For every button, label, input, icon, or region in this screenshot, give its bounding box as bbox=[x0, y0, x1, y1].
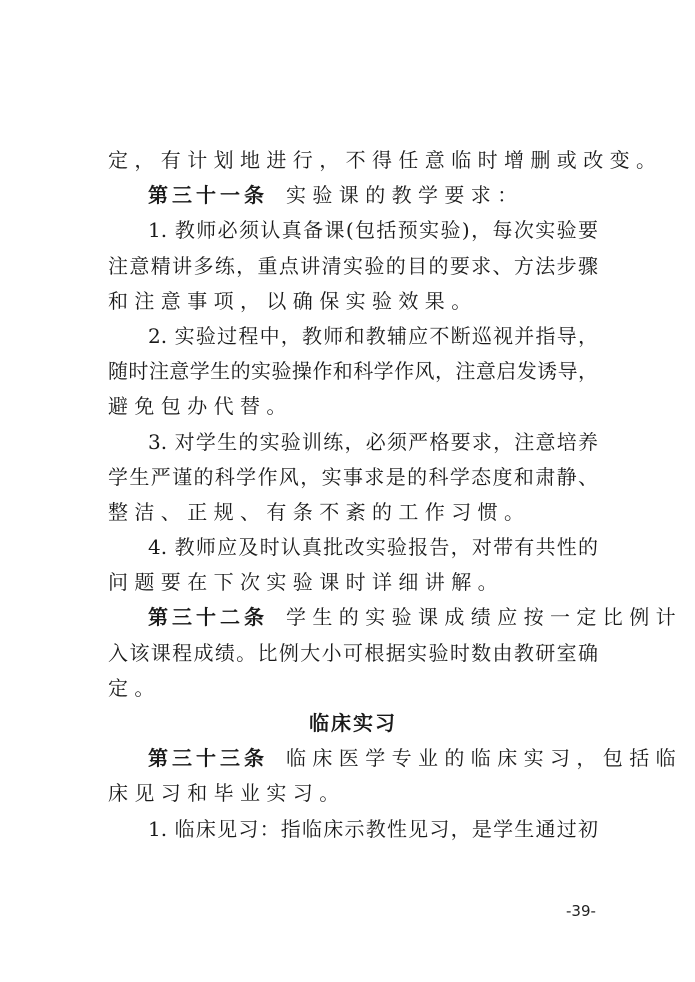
article-text: 临床医学专业的临床实习，包括临 bbox=[286, 746, 682, 770]
paragraph-line: 定。 bbox=[108, 671, 598, 706]
article-31: 第三十一条实验课的教学要求： bbox=[108, 178, 598, 213]
list-item-1: 1. 临床见习：指临床示教性见习，是学生通过初 bbox=[108, 812, 598, 847]
paragraph-line: 入该课程成绩。比例大小可根据实验时数由教研室确 bbox=[108, 636, 598, 671]
article-text: 实验课的教学要求： bbox=[286, 183, 524, 207]
section-heading: 临床实习 bbox=[108, 706, 598, 741]
paragraph-line: 和注意事项，以确保实验效果。 bbox=[108, 284, 598, 319]
paragraph-line: 学生严谨的科学作风，实事求是的科学态度和肃静、 bbox=[108, 460, 598, 495]
paragraph-line: 床见习和毕业实习。 bbox=[108, 776, 598, 811]
list-item-3: 3. 对学生的实验训练，必须严格要求，注意培养 bbox=[108, 425, 598, 460]
paragraph-line: 问题要在下次实验课时详细讲解。 bbox=[108, 565, 598, 600]
list-item-2: 2. 实验过程中，教师和教辅应不断巡视并指导， bbox=[108, 319, 598, 354]
article-33: 第三十三条临床医学专业的临床实习，包括临 bbox=[108, 741, 598, 776]
article-32: 第三十二条学生的实验课成绩应按一定比例计 bbox=[108, 600, 598, 635]
paragraph-line: 整洁、正规、有条不紊的工作习惯。 bbox=[108, 495, 598, 530]
paragraph-line: 定，有计划地进行，不得任意临时增删或改变。 bbox=[108, 143, 598, 178]
article-text: 学生的实验课成绩应按一定比例计 bbox=[286, 605, 682, 629]
paragraph-line: 注意精讲多练，重点讲清实验的目的要求、方法步骤 bbox=[108, 249, 598, 284]
list-item-4: 4. 教师应及时认真批改实验报告，对带有共性的 bbox=[108, 530, 598, 565]
article-label: 第三十二条 bbox=[148, 605, 268, 629]
paragraph-line: 避免包办代替。 bbox=[108, 389, 598, 424]
paragraph-line: 随时注意学生的实验操作和科学作风，注意启发诱导， bbox=[108, 354, 598, 389]
list-item-1: 1. 教师必须认真备课(包括预实验)，每次实验要 bbox=[108, 213, 598, 248]
document-page: 定，有计划地进行，不得任意临时增删或改变。 第三十一条实验课的教学要求： 1. … bbox=[108, 143, 598, 847]
page-number: -39- bbox=[566, 902, 596, 920]
article-label: 第三十一条 bbox=[148, 183, 268, 207]
article-label: 第三十三条 bbox=[148, 746, 268, 770]
